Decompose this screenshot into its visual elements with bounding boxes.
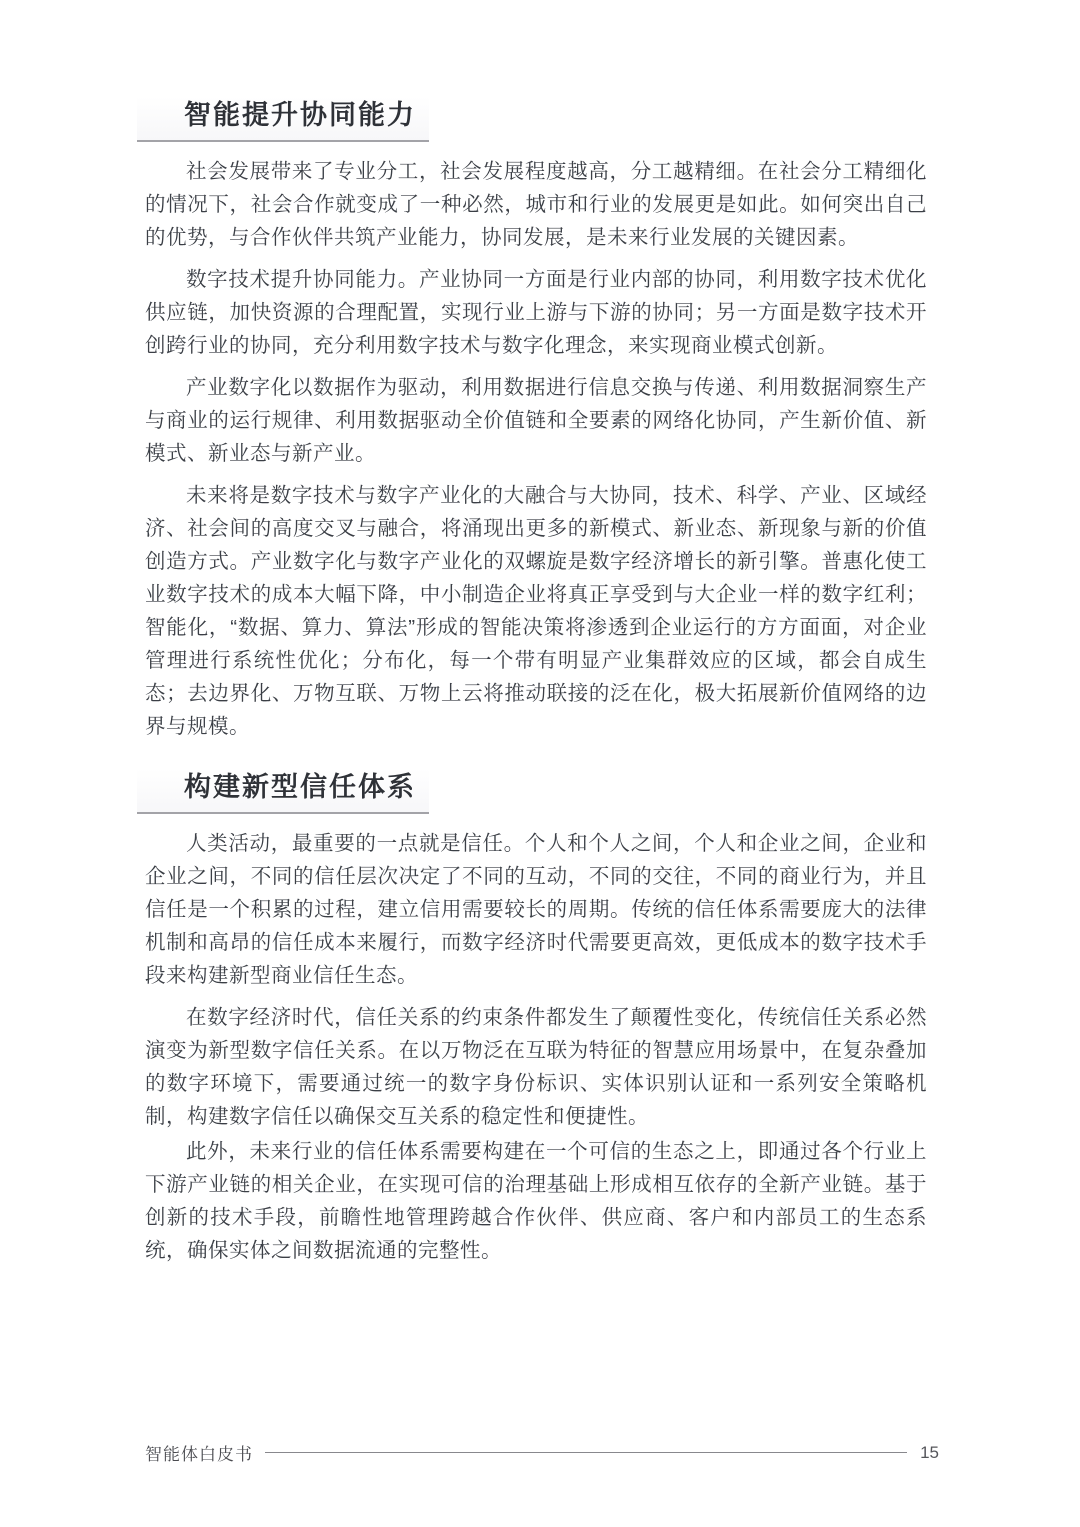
paragraph: 社会发展带来了专业分工，社会发展程度越高，分工越精细。在社会分工精细化的情况下，…	[145, 155, 927, 254]
page-body: 智能提升协同能力 社会发展带来了专业分工，社会发展程度越高，分工越精细。在社会分…	[145, 97, 927, 1276]
page-footer: 智能体白皮书 15	[145, 1440, 939, 1465]
footer-divider	[265, 1452, 907, 1453]
page-number: 15	[920, 1443, 939, 1463]
paragraph: 人类活动，最重要的一点就是信任。个人和个人之间，个人和企业之间，企业和企业之间，…	[145, 827, 927, 992]
document-page: 智能提升协同能力 社会发展带来了专业分工，社会发展程度越高，分工越精细。在社会分…	[0, 0, 1080, 1527]
footer-doc-title: 智能体白皮书	[145, 1440, 253, 1465]
paragraph: 此外，未来行业的信任体系需要构建在一个可信的生态之上，即通过各个行业上下游产业链…	[145, 1135, 927, 1267]
section-collaboration: 智能提升协同能力 社会发展带来了专业分工，社会发展程度越高，分工越精细。在社会分…	[145, 97, 927, 743]
paragraph: 数字技术提升协同能力。产业协同一方面是行业内部的协同，利用数字技术优化供应链，加…	[145, 263, 927, 362]
section-heading-trust: 构建新型信任体系	[137, 769, 429, 814]
paragraph: 产业数字化以数据作为驱动，利用数据进行信息交换与传递、利用数据洞察生产与商业的运…	[145, 371, 927, 470]
section-heading-collaboration: 智能提升协同能力	[137, 97, 429, 142]
section-trust: 构建新型信任体系 人类活动，最重要的一点就是信任。个人和个人之间，个人和企业之间…	[145, 769, 927, 1267]
paragraph: 未来将是数字技术与数字产业化的大融合与大协同，技术、科学、产业、区域经济、社会间…	[145, 479, 927, 743]
paragraph: 在数字经济时代，信任关系的约束条件都发生了颠覆性变化，传统信任关系必然演变为新型…	[145, 1001, 927, 1133]
